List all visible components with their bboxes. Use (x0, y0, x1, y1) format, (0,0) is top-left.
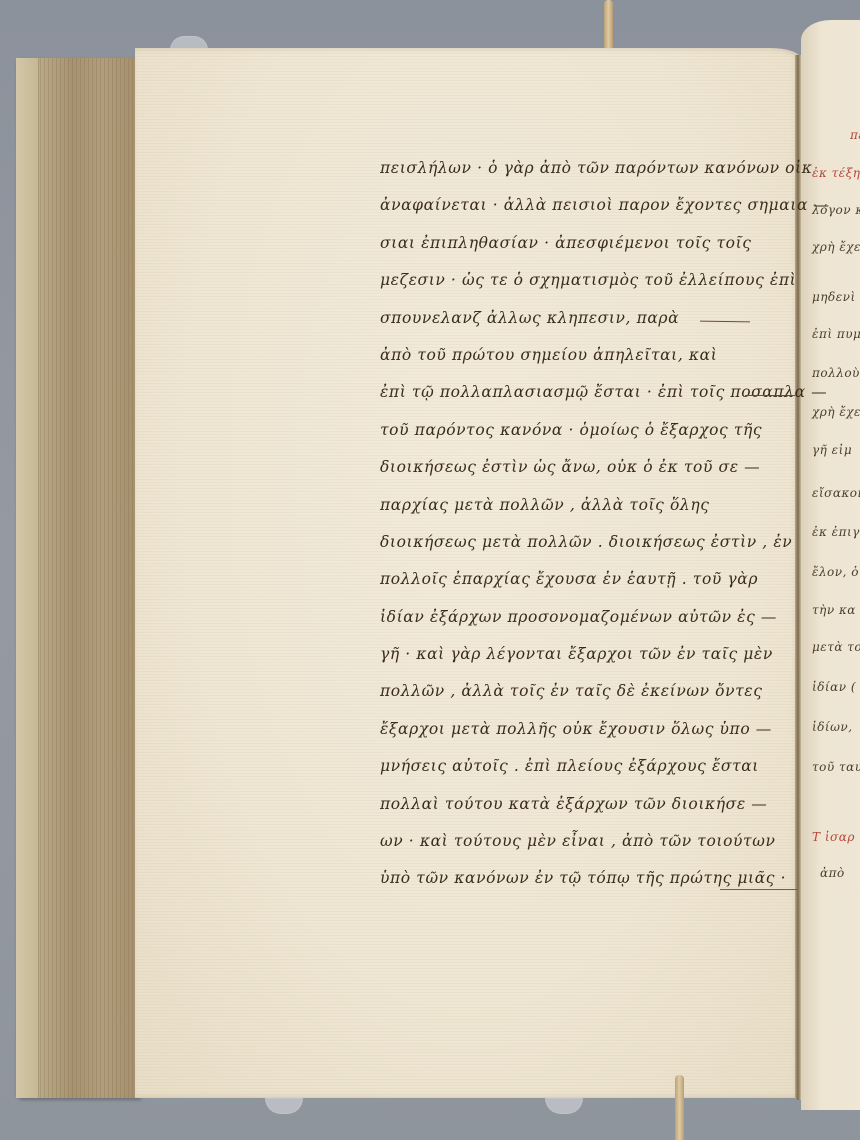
text-line: πολλῶν , ἀλλὰ τοῖς ἐν ταῖς δὲ ἐκείνων ὄν… (380, 673, 780, 710)
text-line: τοῦ παρόντος κανόνα · ὁμοίως ὁ ἔξαρχος τ… (380, 412, 780, 449)
text-line: παρχίας μετὰ πολλῶν , ἀλλὰ τοῖς ὅλης (380, 487, 780, 524)
text-line: ἀναφαίνεται · ἀλλὰ πεισιοὶ παρον ἔχοντες… (380, 187, 780, 224)
facing-text: τὴν κα (812, 603, 856, 617)
text-line: πολλοῖς ἐπαρχίας ἔχουσα ἐν ἑαυτῇ . τοῦ γ… (380, 561, 780, 598)
text-line: διοικήσεως ἐστὶν ὡς ἄνω, οὐκ ὁ ἐκ τοῦ σε… (380, 449, 780, 486)
line-end-stroke (745, 395, 795, 396)
facing-text: ἰδίαν ( (812, 680, 856, 694)
facing-text: ἀπὸ (820, 866, 845, 880)
text-line: πολλαὶ τούτου κατὰ ἐξάρχων τῶν διοικήσε … (380, 786, 780, 823)
facing-text: γῆ εἰμ (812, 443, 852, 457)
facing-text: εἴσακον (812, 486, 860, 500)
book-fore-edge (16, 58, 140, 1098)
facing-text: τοῦ ταυ (812, 760, 860, 774)
facing-text: ἐκ ἐπιγ (812, 525, 860, 539)
facing-text: χρὴ ἔχει (812, 405, 860, 419)
facing-text: πολλοὺς ὁ (812, 366, 860, 380)
text-line: γῆ · καὶ γὰρ λέγονται ἔξαρχοι τῶν ἐν ταῖ… (380, 636, 780, 673)
facing-text: μετὰ τοῦ (812, 640, 860, 654)
text-line: πεισλήλων · ὁ γὰρ ἀπὸ τῶν παρόντων κανόν… (380, 150, 780, 187)
facing-text: χρὴ ἔχειν (812, 240, 860, 254)
text-line: ων · καὶ τούτους μὲν εἶναι , ἀπὸ τῶν τοι… (380, 823, 780, 860)
facing-text: ἔλον, ὁ (812, 565, 859, 579)
facing-text: μηδενὶ σηδ (812, 290, 860, 304)
facing-text: λόγον καὶ τελε (812, 203, 860, 217)
facing-text: πε (850, 128, 860, 142)
bottom-peg (675, 1075, 684, 1140)
text-line: ὑπὸ τῶν κανόνων ἐν τῷ τόπῳ τῆς πρώτης μι… (380, 860, 780, 897)
text-line: ἐπὶ τῷ πολλαπλασιασμῷ ἔσται · ἐπὶ τοῖς π… (380, 374, 780, 411)
facing-text: ἐπὶ πυμια (812, 327, 860, 341)
text-line: μεζεσιν · ὡς τε ὁ σχηματισμὸς τοῦ ἐλλείπ… (380, 262, 780, 299)
line-end-stroke (720, 889, 798, 890)
text-line: ἰδίαν ἐξάρχων προσονομαζομένων αὐτῶν ἐς … (380, 599, 780, 636)
text-line: σπουνελανζ ἀλλως κληπεσιν, παρὰ (380, 300, 780, 337)
facing-text: ἰδίων, (812, 720, 853, 734)
text-line: ἔξαρχοι μετὰ πολλῆς οὐκ ἔχουσιν ὅλως ὑπο… (380, 711, 780, 748)
book-cover-edge (16, 58, 39, 1098)
facing-text: Τ ἰσαρ (812, 830, 855, 844)
manuscript-text-block: πεισλήλων · ὁ γὰρ ἀπὸ τῶν παρόντων κανόν… (380, 150, 780, 898)
facing-text: ἐκ τέξηται κα (812, 166, 860, 180)
text-line: ἀπὸ τοῦ πρώτου σημείου ἀπηλεῖται, καὶ (380, 337, 780, 374)
text-line: σιαι ἐπιπληθασίαν · ἀπεσφιέμενοι τοῖς το… (380, 225, 780, 262)
text-line: μνήσεις αὐτοῖς . ἐπὶ πλείους ἐξάρχους ἔσ… (380, 748, 780, 785)
text-line: διοικήσεως μετὰ πολλῶν . διοικήσεως ἐστὶ… (380, 524, 780, 561)
